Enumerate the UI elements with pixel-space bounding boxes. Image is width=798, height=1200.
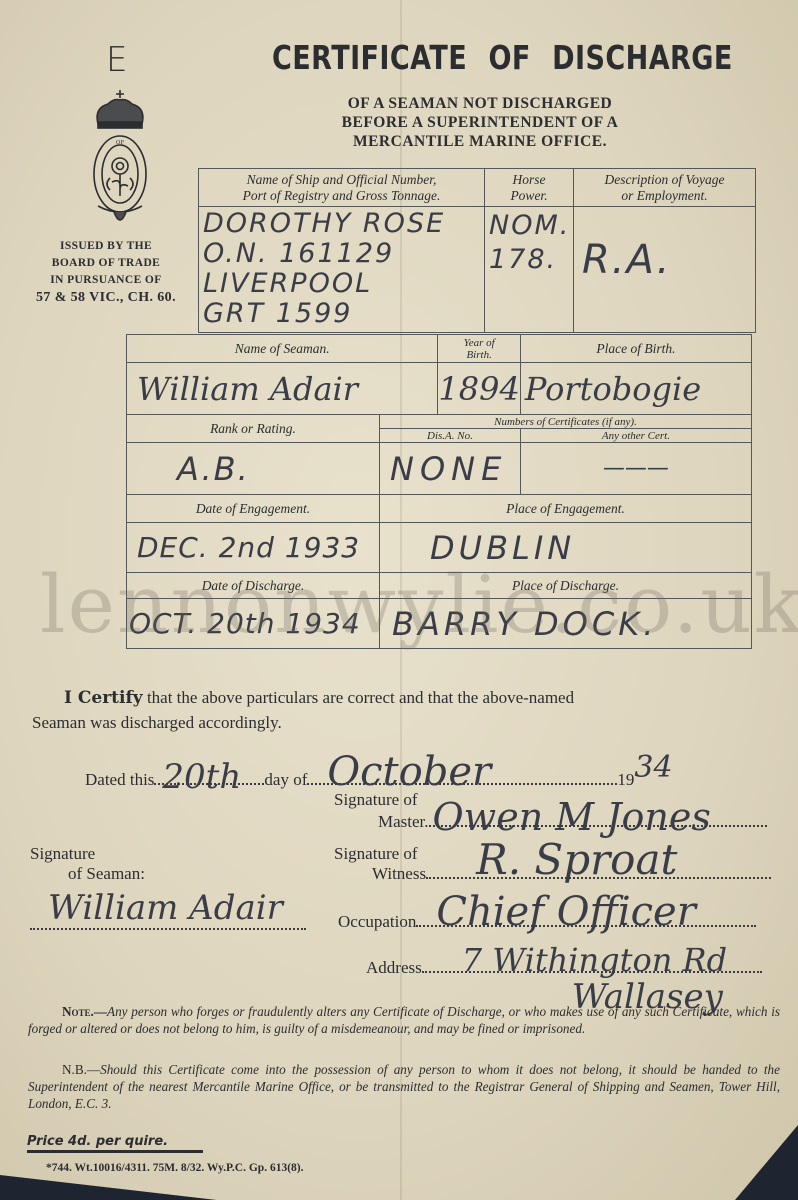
ship-table: Name of Ship and Official Number, Port o… xyxy=(198,168,756,333)
header-line: Name of Ship and Official Number, xyxy=(199,172,484,188)
address-line-1: 7 Withington Rd xyxy=(462,941,727,979)
board-of-trade-crest-icon: OF xyxy=(84,86,156,236)
forgery-note: Note.—Any person who forges or fraudulen… xyxy=(28,1003,780,1037)
master-signature: Owen M Jones xyxy=(433,795,711,839)
port-of-registry: LIVERPOOL xyxy=(203,269,484,299)
ship-value: DOROTHY ROSE O.N. 161129 LIVERPOOL GRT 1… xyxy=(199,207,485,333)
header-line: Power. xyxy=(485,188,573,204)
occupation-field: Chief Officer xyxy=(416,925,756,927)
date-of-engagement: DEC. 2nd 1933 xyxy=(127,531,379,564)
date-of-discharge: OCT. 20th 1934 xyxy=(127,607,379,640)
dis-a-no-value: NONE xyxy=(380,443,521,495)
voyage-description: R.A. xyxy=(582,237,755,283)
voyage-header: Description of Voyage or Employment. xyxy=(574,169,756,207)
certify-text: that the above particulars are correct a… xyxy=(143,688,574,707)
cert-numbers-header: Numbers of Certificates (if any). xyxy=(380,415,752,429)
page-title: CERTIFICATE OF DISCHARGE xyxy=(272,38,733,77)
certify-lead: I Certify xyxy=(64,688,143,708)
witness-signature: R. Sproat xyxy=(476,835,677,884)
price-text: Price 4d. per quire. xyxy=(27,1134,203,1153)
horse-power-line: 178. xyxy=(489,243,573,277)
seaman-signature-field: William Adair xyxy=(30,920,306,930)
seaman-table: Name of Seaman. Year of Birth. Place of … xyxy=(126,334,752,649)
place-discharge-value: BARRY DOCK. xyxy=(380,599,752,649)
address-field: 7 Withington RdWallasey xyxy=(422,971,762,973)
note-text: Any person who forges or fraudulently al… xyxy=(28,1004,780,1036)
printer-imprint: *744. Wt.10016/4311. 75M. 8/32. Wy.P.C. … xyxy=(46,1162,304,1174)
issued-line: ISSUED BY THE xyxy=(26,238,186,255)
header-line: Port of Registry and Gross Tonnage. xyxy=(199,188,484,204)
address-label: Address xyxy=(366,958,422,977)
witness-line: WitnessR. Sproat xyxy=(372,864,771,884)
official-number: O.N. 161129 xyxy=(203,239,484,269)
seaman-name: William Adair xyxy=(127,370,437,408)
other-cert: ——— xyxy=(603,456,669,481)
subtitle-line: OF A SEAMAN NOT DISCHARGED xyxy=(290,94,670,113)
dated-label: Dated this xyxy=(85,770,154,789)
header-line: or Employment. xyxy=(574,188,755,204)
header-line: Horse xyxy=(485,172,573,188)
rank-value: A.B. xyxy=(127,443,380,495)
dis-a-no-header: Dis.A. No. xyxy=(380,429,521,443)
horse-power-header: Horse Power. xyxy=(485,169,574,207)
occupation-value: Chief Officer xyxy=(436,889,695,935)
date-engagement-value: DEC. 2nd 1933 xyxy=(127,523,380,573)
master-label-2: Master. xyxy=(378,812,429,831)
year-value: 34 xyxy=(634,750,672,785)
dis-a-no: NONE xyxy=(380,450,520,488)
header-line: Birth. xyxy=(438,349,519,361)
other-cert-header: Any other Cert. xyxy=(520,429,751,443)
issued-line: BOARD OF TRADE xyxy=(26,255,186,272)
day-value: 20th xyxy=(162,757,241,797)
rank: A.B. xyxy=(127,450,379,488)
nb-note: N.B.—Should this Certificate come into t… xyxy=(28,1061,780,1112)
ship-header: Name of Ship and Official Number, Port o… xyxy=(199,169,485,207)
month-value: October xyxy=(327,749,491,795)
issued-line: 57 & 58 VIC., CH. 60. xyxy=(26,289,186,306)
name-value: William Adair xyxy=(127,363,438,415)
name-header: Name of Seaman. xyxy=(127,335,438,363)
month-field: October xyxy=(307,783,617,785)
date-discharge-header: Date of Discharge. xyxy=(127,573,380,599)
occupation-label: Occupation xyxy=(338,912,416,931)
day-field: 20th xyxy=(154,783,264,785)
horse-power-value: NOM. 178. xyxy=(485,207,574,333)
date-engagement-header: Date of Engagement. xyxy=(127,495,380,523)
year-header: Year of Birth. xyxy=(438,335,520,363)
seaman-signature-label-2: of Seaman: xyxy=(68,864,145,884)
header-line: Description of Voyage xyxy=(574,172,755,188)
dated-line: Dated this20thday ofOctober1934 xyxy=(85,758,798,793)
nb-text: Should this Certificate come into the po… xyxy=(28,1062,780,1111)
year-prefix: 19 xyxy=(617,770,634,789)
place-engagement-header: Place of Engagement. xyxy=(380,495,752,523)
certify-line-2: Seaman was discharged accordingly. xyxy=(32,713,282,733)
place-birth-value: Portobogie xyxy=(520,363,751,415)
note-lead: Note.— xyxy=(62,1004,107,1019)
day-of-label: day of xyxy=(264,770,307,789)
certify-line-1: I Certify that the above particulars are… xyxy=(64,688,574,708)
svg-text:OF: OF xyxy=(116,140,125,146)
voyage-value: R.A. xyxy=(574,207,756,333)
year-of-birth: 1894 xyxy=(438,370,519,408)
other-cert-value: ——— xyxy=(520,443,751,495)
rank-header: Rank or Rating. xyxy=(127,415,380,443)
subtitle: OF A SEAMAN NOT DISCHARGED BEFORE A SUPE… xyxy=(290,94,670,151)
place-of-discharge: BARRY DOCK. xyxy=(380,605,751,643)
gross-tonnage: GRT 1599 xyxy=(203,299,484,329)
master-label: Signature of xyxy=(334,790,418,810)
horse-power-line: NOM. xyxy=(489,209,573,243)
header-line: Year of xyxy=(438,337,519,349)
place-of-engagement: DUBLIN xyxy=(380,529,751,567)
issued-by-text: ISSUED BY THE BOARD OF TRADE IN PURSUANC… xyxy=(26,238,186,306)
ship-name: DOROTHY ROSE xyxy=(203,209,484,239)
witness-label-2: Witness xyxy=(372,864,426,883)
witness-signature-field: R. Sproat xyxy=(426,877,771,879)
place-discharge-header: Place of Discharge. xyxy=(380,573,752,599)
form-letter: E xyxy=(106,40,127,80)
subtitle-line: MERCANTILE MARINE OFFICE. xyxy=(290,132,670,151)
witness-label: Signature of xyxy=(334,844,418,864)
subtitle-line: BEFORE A SUPERINTENDENT OF A xyxy=(290,113,670,132)
issued-line: IN PURSUANCE OF xyxy=(26,272,186,289)
occupation-line: OccupationChief Officer xyxy=(338,912,756,932)
place-birth-header: Place of Birth. xyxy=(520,335,751,363)
year-value: 1894 xyxy=(438,363,520,415)
nb-lead: N.B.— xyxy=(62,1062,100,1077)
master-signature-field: Owen M Jones xyxy=(429,825,767,827)
seaman-signature: William Adair xyxy=(48,888,283,928)
place-of-birth: Portobogie xyxy=(521,370,751,408)
address-line: Address7 Withington RdWallasey xyxy=(366,958,762,978)
master-line: Master.Owen M Jones xyxy=(378,812,767,832)
seaman-signature-label: Signature xyxy=(30,844,95,864)
date-discharge-value: OCT. 20th 1934 xyxy=(127,599,380,649)
place-engagement-value: DUBLIN xyxy=(380,523,752,573)
